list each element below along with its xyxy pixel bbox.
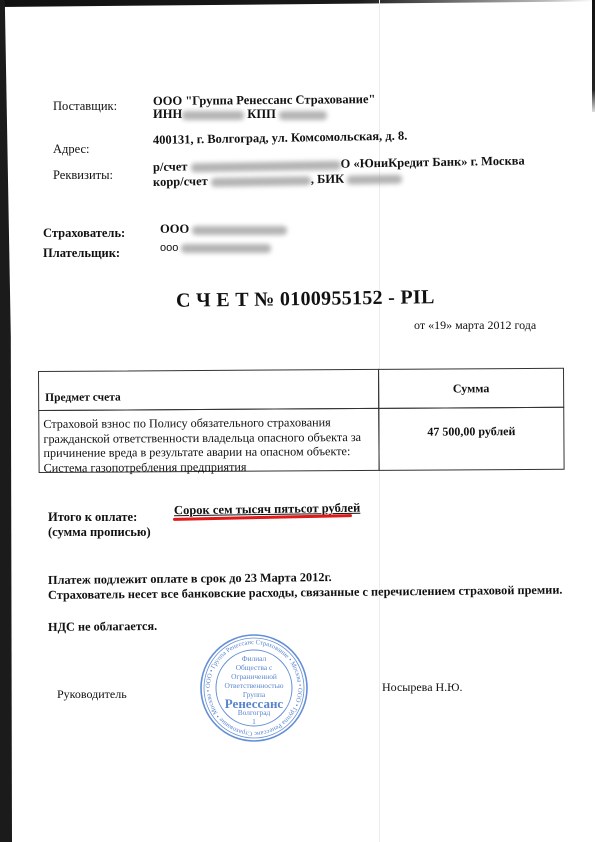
- redacted-payer: [181, 244, 271, 253]
- policyholder-value: ООО: [160, 222, 287, 237]
- redacted-policyholder: [192, 226, 287, 235]
- policyholder-label: Страхователь:: [43, 226, 125, 241]
- signature-role: Руководитель: [57, 687, 127, 702]
- table-row-subject: Страховой взнос по Полису обязательного …: [43, 415, 378, 475]
- vat-note: НДС не облагается.: [48, 619, 157, 635]
- table-row-subject-cell: Страховой взнос по Полису обязательного …: [38, 408, 379, 473]
- bank-name: О «ЮниКредит Банк» г. Москва: [340, 154, 524, 171]
- address-value: 400131, г. Волгоград, ул. Комсомольская,…: [153, 129, 408, 148]
- payer-label: Плательщик:: [43, 246, 120, 261]
- stamp-seal-icon: ООО • Группа Ренессанс Страхование • Мос…: [198, 632, 310, 744]
- total-label: Итого к оплате:: [48, 510, 137, 525]
- signature-name: Носырева Н.Ю.: [382, 680, 463, 695]
- payer-prefix: ооо: [160, 242, 178, 254]
- invoice-title: С Ч Е Т № 0100955152 - PIL: [176, 286, 435, 313]
- redacted-inn: [182, 111, 244, 120]
- scan-border-left: [0, 0, 12, 842]
- requisites-label: Реквизиты:: [53, 168, 113, 183]
- kpp-label: КПП: [247, 107, 276, 121]
- corr-label: корр/счет: [153, 174, 208, 189]
- total-sublabel: (сумма прописью): [48, 525, 151, 540]
- table-row-amount-cell: 47 500,00 рублей: [378, 407, 564, 471]
- policyholder-prefix: ООО: [160, 222, 189, 236]
- redacted-account: [191, 160, 341, 172]
- bik-label: , БИК: [311, 172, 345, 187]
- supplier-label: Поставщик:: [53, 99, 117, 114]
- table-header-amount-cell: Сумма: [378, 368, 564, 409]
- table-header-subject-cell: Предмет счета: [38, 369, 379, 411]
- address-label: Адрес:: [53, 142, 90, 157]
- redacted-bik: [347, 174, 402, 184]
- requisites-corr-line: корр/счет , БИК: [153, 171, 402, 190]
- payer-value: ооо: [160, 242, 271, 254]
- invoice-date: от «19» марта 2012 года: [414, 318, 536, 333]
- invoice-table: Предмет счета Сумма Страховой взнос по П…: [38, 368, 565, 473]
- account-label: р/счет: [153, 159, 188, 174]
- table-row-amount: 47 500,00 рублей: [379, 424, 563, 440]
- scan-border-top: [0, 0, 595, 7]
- redacted-corr-account: [211, 176, 311, 187]
- svg-text:ФилиалОбщества сОграниченнойОт: ФилиалОбщества сОграниченнойОтветственно…: [224, 654, 284, 726]
- inn-label: ИНН: [153, 107, 182, 121]
- table-header-subject: Предмет счета: [45, 391, 121, 403]
- company-stamp: ООО • Группа Ренессанс Страхование • Мос…: [198, 632, 310, 744]
- redacted-kpp: [279, 111, 327, 120]
- table-header-amount: Сумма: [379, 381, 563, 397]
- supplier-inn-kpp: ИНН КПП: [153, 107, 327, 122]
